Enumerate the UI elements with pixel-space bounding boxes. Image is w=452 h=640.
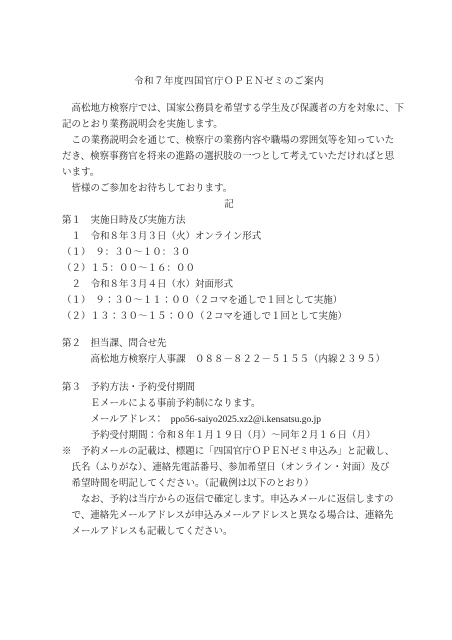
note-line-4: なお、予約は当庁からの返信で確定します。申込みメールに返信しますの [62,492,396,508]
note-line-2: 氏名（ふりがな）、連絡先電話番号、参加希望日（オンライン・対面）及び [62,460,396,476]
reservation-method-line: Ｅメールによる事前予約制になります。 [62,396,396,412]
intro-line-2: 記のとおり業務説明会を実施します。 [62,117,396,133]
spacer [62,325,396,336]
document-page: 令和７年度四国官庁ＯＰＥＮゼミのご案内 高松地方検察庁では、国家公務員を希望する… [0,0,452,640]
schedule-online-slot-2: （２）１５：００～１６：００ [62,261,396,277]
schedule-online-slot-1: （１） ９：３０～１０：３０ [62,245,396,261]
note-line-1: ※ 予約メールの記載は、標題に「四国官庁ＯＰＥＮゼミ申込み」と記載し、 [62,444,396,460]
reservation-period-line: 予約受付期間：令和８年１月１９日（月）～同年２月１６日（月） [62,428,396,444]
note-line-5: で、連絡先メールアドレスが申込みメールアドレスと異なる場合は、連絡先 [62,508,396,524]
intro-line-1: 高松地方検察庁では、国家公務員を希望する学生及び保護者の方を対象に、下 [62,101,396,117]
spacer [62,368,396,380]
intro-line-5: います。 [62,165,396,181]
document-title: 令和７年度四国官庁ＯＰＥＮゼミのご案内 [62,74,396,90]
intro-line-4: だき、検察事務官を将来の進路の選択肢の一つとして考えていただければと思 [62,149,396,165]
section3-heading: 第３ 予約方法・予約受付期間 [62,380,396,396]
section2-heading: 第２ 担当課、問合せ先 [62,336,396,352]
intro-line-3: この業務説明会を通じて、検察庁の業務内容や職場の雰囲気等を知っていた [62,133,396,149]
note-line-6: メールアドレスも記載してください。 [62,524,396,540]
reservation-email-line: メールアドレス： ppo56-saiyo2025.xz2@i.kensatsu.… [62,412,396,428]
section1-heading: 第１ 実施日時及び実施方法 [62,213,396,229]
schedule-inperson-slot-2: （２）１３：３０～１５：００（２コマを通しで１回として実施） [62,309,396,325]
spacer [62,90,396,101]
note-line-3: 希望時間を明記してください。（記載例は以下のとおり） [62,476,396,492]
contact-line: 高松地方検察庁人事課 ０８８－８２２－５１５５（内線２３９５） [62,352,396,368]
schedule-online-date: １ 令和８年３月３日（火）オンライン形式 [62,229,396,245]
ki-marker: 記 [62,197,396,213]
document-content: 令和７年度四国官庁ＯＰＥＮゼミのご案内 高松地方検察庁では、国家公務員を希望する… [62,74,396,540]
schedule-inperson-slot-1: （１） ９：３０～１１：００（２コマを通しで１回として実施） [62,293,396,309]
intro-line-6: 皆様のご参加をお待ちしております。 [62,181,396,197]
schedule-inperson-date: ２ 令和８年３月４日（水）対面形式 [62,277,396,293]
